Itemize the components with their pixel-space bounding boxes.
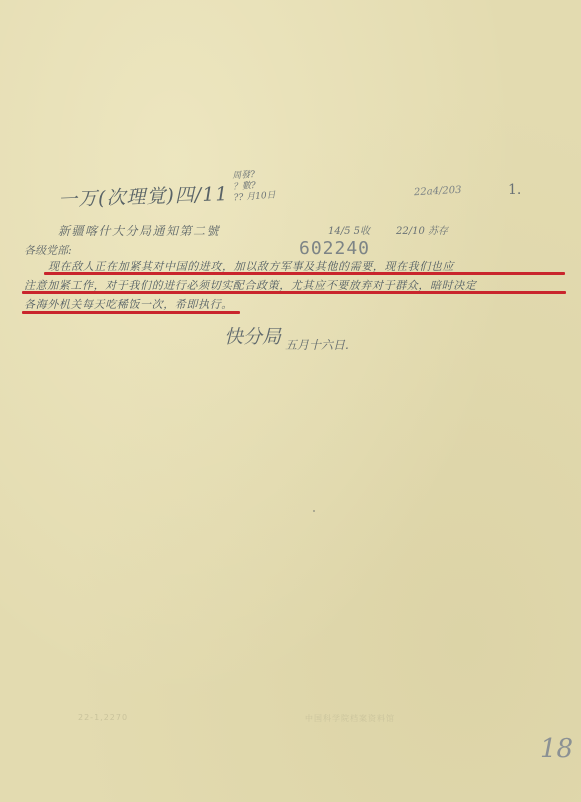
top-handwritten-note: 一万(次理覚)四/11 [58,179,229,212]
folio-number: 18 [540,734,573,764]
salutation: 各级党部: [24,242,72,258]
red-underline [22,311,240,314]
red-underline [22,291,566,294]
receipt-stamp-note: 周發? ？數? ?? 月10日 [232,169,276,205]
top-right-reference: 22a4/203 [414,185,462,198]
red-underline [44,272,565,275]
reference-number: 14/5 5收 [328,222,370,237]
archive-number-stamp: 602240 [299,238,370,259]
footer-archive-name: 中国科学院档案资料馆 [305,713,395,724]
document-page: 一万(次理覚)四/11 周發? ？數? ?? 月10日 22a4/203 1. … [0,0,581,802]
signature-date: 五月十六日. [285,336,349,353]
document-title: 新疆喀什大分局通知第二號 [58,222,220,239]
reference-date: 22/10 苏存 [396,222,448,237]
page-marker: 1. [508,182,521,198]
body-line: 各海外机关每天吃稀饭一次，希即执行。 [24,296,233,312]
paper-speck [313,510,315,512]
footer-archive-code: 22-1,2270 [78,713,128,722]
signature: 快分局 [224,322,281,349]
